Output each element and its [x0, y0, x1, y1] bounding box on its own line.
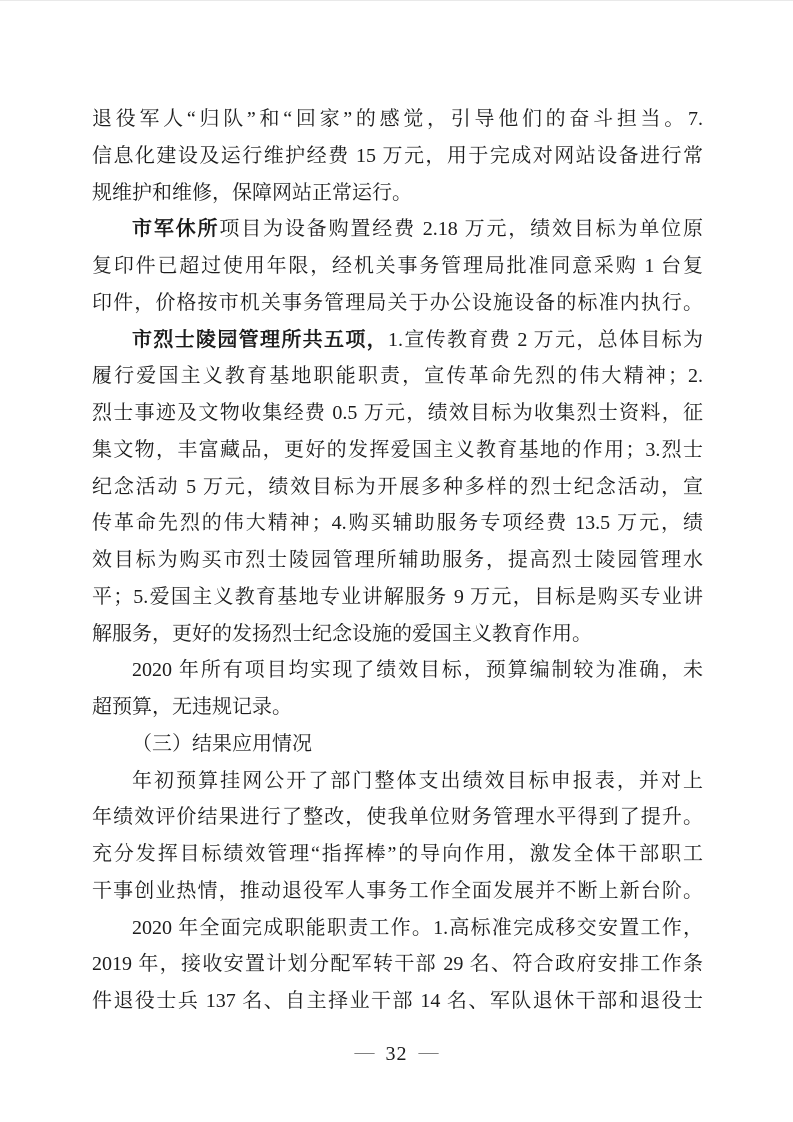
text-run: 解服务，更好的发扬烈士纪念设施的爱国主义教育作用。	[92, 623, 592, 645]
text-run: 件退役士兵 137 名、自主择业干部 14 名、军队退休干部和退役士	[92, 990, 703, 1012]
text-run: 纪念活动 5 万元，绩效目标为开展多种多样的烈士纪念活动，宣	[92, 476, 703, 498]
footer-left-dash: —	[355, 1041, 375, 1063]
text-line: 年初预算挂网公开了部门整体支出绩效目标申报表，并对上	[92, 763, 703, 800]
text-line: 超预算，无违规记录。	[92, 689, 703, 726]
text-line: 2020 年所有项目均实现了绩效目标，预算编制较为准确，未	[92, 652, 703, 689]
text-line: 烈士事迹及文物收集经费 0.5 万元，绩效目标为收集烈士资料，征	[92, 395, 703, 432]
para-website-maintenance: 退役军人“归队”和“回家”的感觉，引导他们的奋斗担当。7.信息化建设及运行维护经…	[92, 101, 703, 211]
text-line: 2019 年，接收安置计划分配军转干部 29 名、符合政府安排工作条	[92, 946, 703, 983]
text-line: 件退役士兵 137 名、自主择业干部 14 名、军队退休干部和退役士	[92, 983, 703, 1020]
text-run: 年初预算挂网公开了部门整体支出绩效目标申报表，并对上	[132, 770, 703, 792]
text-run: 集文物，丰富藏品，更好的发挥爱国主义教育基地的作用；3.烈士	[92, 439, 703, 461]
text-run: 2019 年，接收安置计划分配军转干部 29 名、符合政府安排工作条	[92, 953, 703, 975]
text-line: 印件，价格按市机关事务管理局关于办公设施设备的标准内执行。	[92, 285, 703, 322]
text-run: 信息化建设及运行维护经费 15 万元，用于完成对网站设备进行常	[92, 145, 703, 167]
page-number: 32	[386, 1043, 408, 1065]
text-run: 超预算，无违规记录。	[92, 696, 292, 718]
text-line: （三）结果应用情况	[92, 726, 703, 763]
text-run: 传革命先烈的伟大精神；4.购买辅助服务专项经费 13.5 万元，绩	[92, 512, 703, 534]
text-run: 2020 年所有项目均实现了绩效目标，预算编制较为准确，未	[132, 659, 703, 681]
text-line: 解服务，更好的发扬烈士纪念设施的爱国主义教育作用。	[92, 616, 703, 653]
footer-right-dash: —	[419, 1041, 439, 1063]
text-run: 2020 年全面完成职能职责工作。1.高标准完成移交安置工作，	[132, 917, 703, 939]
text-line: 复印件已超过使用年限，经机关事务管理局批准同意采购 1 台复	[92, 248, 703, 285]
heading-result-application: （三）结果应用情况	[92, 726, 703, 763]
text-run: 效目标为购买市烈士陵园管理所辅助服务，提高烈士陵园管理水	[92, 549, 703, 571]
bold-run: 市军休所	[132, 218, 219, 240]
text-line: 2020 年全面完成职能职责工作。1.高标准完成移交安置工作，	[92, 910, 703, 947]
text-line: 干事创业热情，推动退役军人事务工作全面发展并不断上新台阶。	[92, 873, 703, 910]
text-run: 干事创业热情，推动退役军人事务工作全面发展并不断上新台阶。	[92, 880, 703, 902]
para-junxiusuo: 市军休所项目为设备购置经费 2.18 万元，绩效目标为单位原复印件已超过使用年限…	[92, 211, 703, 321]
text-line: 履行爱国主义教育基地职能职责，宣传革命先烈的伟大精神；2.	[92, 358, 703, 395]
text-line: 市军休所项目为设备购置经费 2.18 万元，绩效目标为单位原	[92, 211, 703, 248]
text-line: 市烈士陵园管理所共五项，1.宣传教育费 2 万元，总体目标为	[92, 322, 703, 359]
text-line: 年绩效评价结果进行了整改，使我单位财务管理水平得到了提升。	[92, 799, 703, 836]
text-line: 效目标为购买市烈士陵园管理所辅助服务，提高烈士陵园管理水	[92, 542, 703, 579]
para-2020-duties: 2020 年全面完成职能职责工作。1.高标准完成移交安置工作，2019 年，接收…	[92, 910, 703, 1020]
text-line: 信息化建设及运行维护经费 15 万元，用于完成对网站设备进行常	[92, 138, 703, 175]
bold-run: 市烈士陵园管理所共五项，	[132, 329, 388, 351]
text-run: （三）结果应用情况	[132, 733, 312, 755]
document-page: 退役军人“归队”和“回家”的感觉，引导他们的奋斗担当。7.信息化建设及运行维护经…	[0, 0, 793, 1122]
text-run: 平；5.爱国主义教育基地专业讲解服务 9 万元，目标是购买专业讲	[92, 586, 703, 608]
text-line: 退役军人“归队”和“回家”的感觉，引导他们的奋斗担当。7.	[92, 101, 703, 138]
text-run: 项目为设备购置经费 2.18 万元，绩效目标为单位原	[219, 218, 703, 240]
text-run: 规维护和维修，保障网站正常运行。	[92, 182, 412, 204]
para-result-application: 年初预算挂网公开了部门整体支出绩效目标申报表，并对上年绩效评价结果进行了整改，使…	[92, 763, 703, 910]
text-line: 规维护和维修，保障网站正常运行。	[92, 175, 703, 212]
para-lieshilingyuan: 市烈士陵园管理所共五项，1.宣传教育费 2 万元，总体目标为履行爱国主义教育基地…	[92, 322, 703, 653]
text-run: 年绩效评价结果进行了整改，使我单位财务管理水平得到了提升。	[92, 806, 703, 828]
text-line: 平；5.爱国主义教育基地专业讲解服务 9 万元，目标是购买专业讲	[92, 579, 703, 616]
text-line: 集文物，丰富藏品，更好的发挥爱国主义教育基地的作用；3.烈士	[92, 432, 703, 469]
text-run: 1.宣传教育费 2 万元，总体目标为	[388, 329, 703, 351]
text-line: 传革命先烈的伟大精神；4.购买辅助服务专项经费 13.5 万元，绩	[92, 505, 703, 542]
document-body: 退役军人“归队”和“回家”的感觉，引导他们的奋斗担当。7.信息化建设及运行维护经…	[92, 101, 703, 1020]
para-2020-targets: 2020 年所有项目均实现了绩效目标，预算编制较为准确，未超预算，无违规记录。	[92, 652, 703, 726]
text-line: 充分发挥目标绩效管理“指挥棒”的导向作用，激发全体干部职工	[92, 836, 703, 873]
text-run: 充分发挥目标绩效管理“指挥棒”的导向作用，激发全体干部职工	[92, 843, 703, 865]
text-run: 退役军人“归队”和“回家”的感觉，引导他们的奋斗担当。7.	[92, 108, 703, 130]
page-footer: —32—	[0, 1039, 793, 1069]
text-run: 履行爱国主义教育基地职能职责，宣传革命先烈的伟大精神；2.	[92, 365, 703, 387]
text-run: 印件，价格按市机关事务管理局关于办公设施设备的标准内执行。	[92, 292, 703, 314]
text-run: 烈士事迹及文物收集经费 0.5 万元，绩效目标为收集烈士资料，征	[92, 402, 703, 424]
text-run: 复印件已超过使用年限，经机关事务管理局批准同意采购 1 台复	[92, 255, 703, 277]
text-line: 纪念活动 5 万元，绩效目标为开展多种多样的烈士纪念活动，宣	[92, 469, 703, 506]
